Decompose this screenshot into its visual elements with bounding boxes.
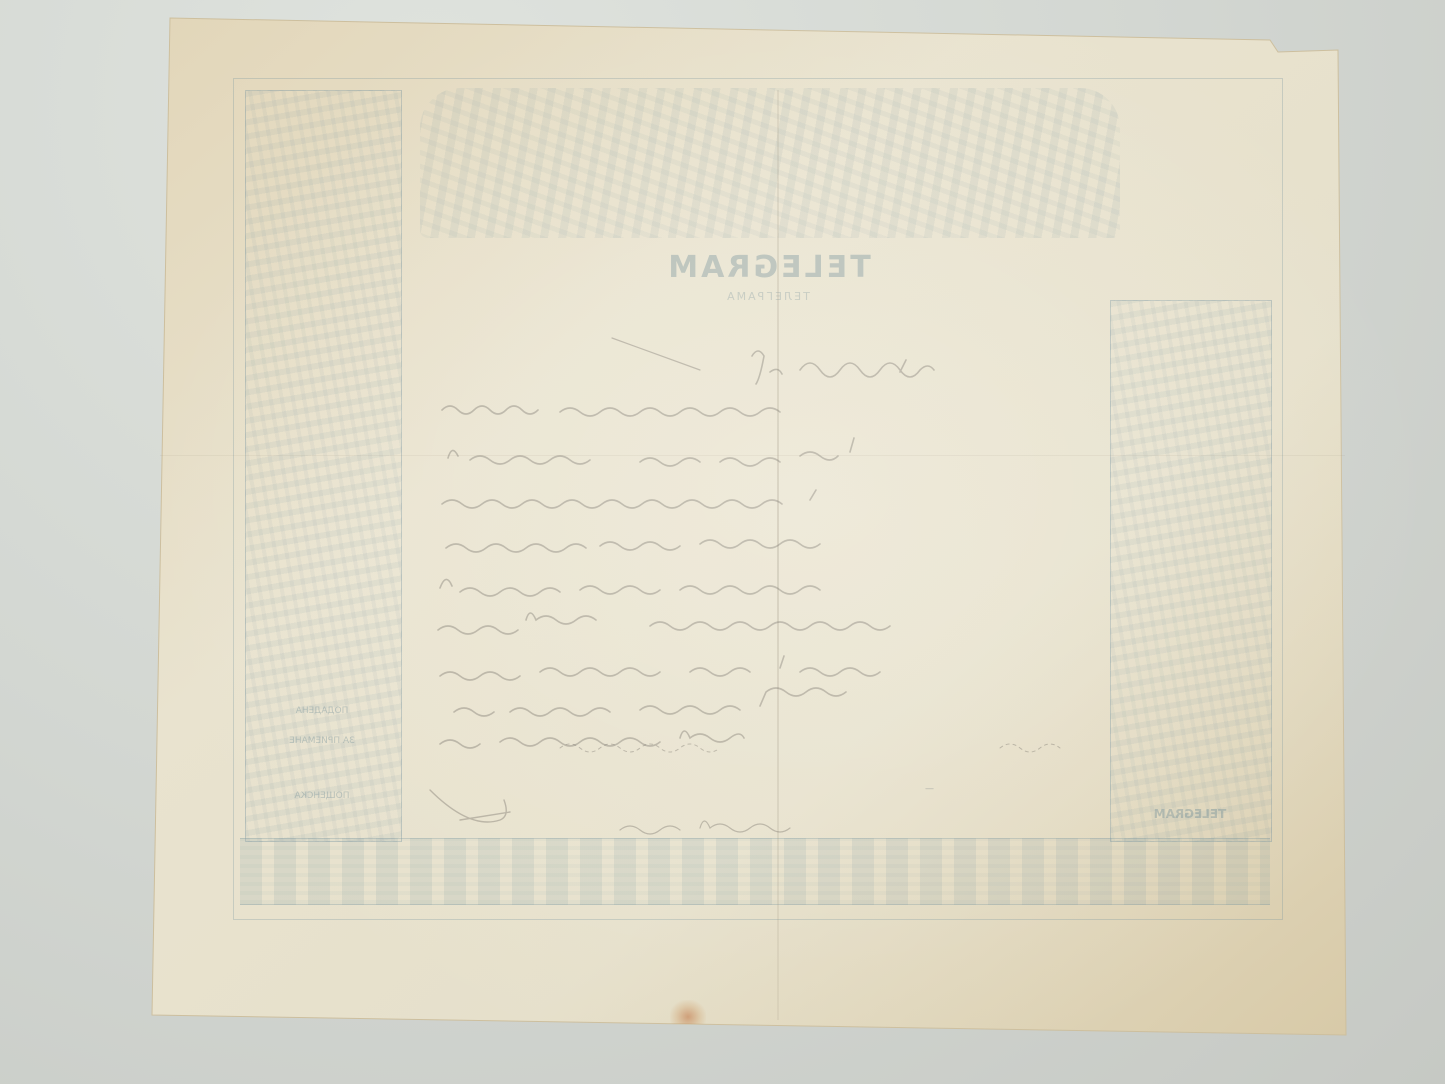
handwriting-show-through — [0, 0, 1445, 1084]
telegram-photo: TELEGRAM ТЕЛЕГРАМА ПОДАДЕНА ЗА ПРИЕМАНЕ … — [0, 0, 1445, 1084]
rust-stain — [670, 1000, 706, 1024]
stamp-text: — — [925, 784, 934, 794]
